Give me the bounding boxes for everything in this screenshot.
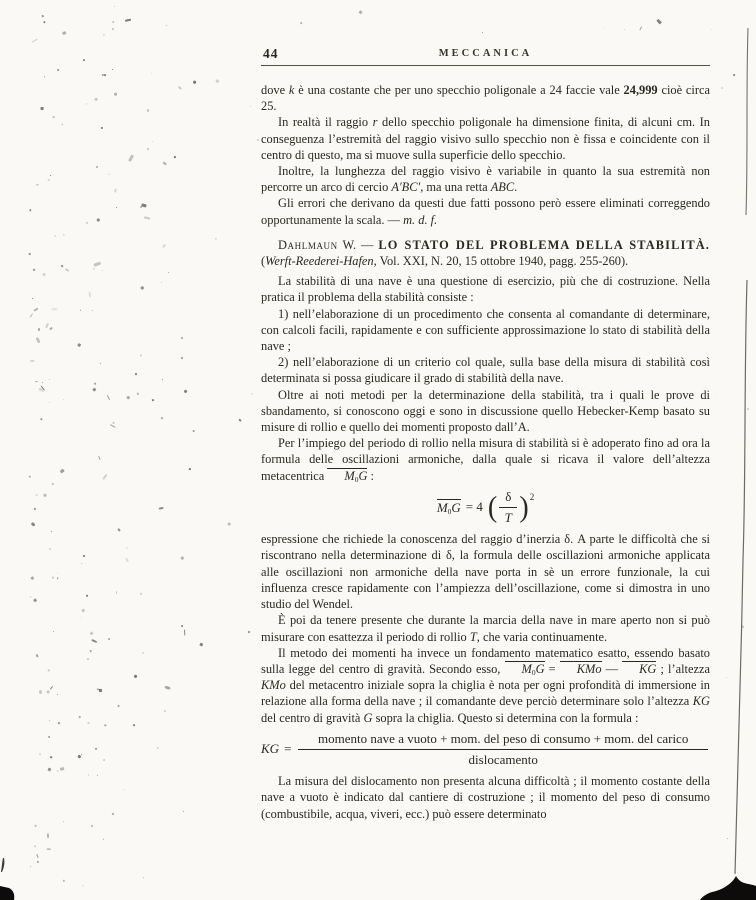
paragraph-stabilita-nave: La stabilità di una nave è una questione…: [261, 273, 710, 305]
scan-speck: [126, 395, 130, 399]
scan-speck: [29, 596, 31, 598]
paragraph-marcia-nave: È poi da tenere presente che durante la …: [261, 612, 710, 644]
scan-speck: [110, 424, 115, 428]
text-segment: del metacentro iniziale sopra la chiglia…: [261, 678, 710, 708]
scan-speck: [358, 11, 362, 15]
scan-speck: [135, 372, 137, 374]
scan-speck: [42, 14, 44, 16]
scan-speck: [61, 123, 64, 126]
formula-metacentric-height: M0G= 4(δT)2: [261, 489, 710, 526]
scan-speck: [34, 508, 36, 510]
paragraph-misura-dislocamento: La misura del dislocamento non presenta …: [261, 773, 710, 822]
scan-blot-bottom-left: [0, 886, 14, 900]
paragraph-raggio-inerzia: espressione che richiede la conoscenza d…: [261, 531, 710, 612]
scan-speck: [90, 650, 92, 652]
scan-speck: [47, 833, 49, 838]
scan-speck: [238, 419, 241, 422]
scan-speck: [40, 385, 44, 390]
scan-speck: [81, 617, 82, 618]
scan-speck: [40, 418, 43, 421]
text-segment: M: [344, 469, 354, 483]
scan-speck: [57, 573, 58, 574]
scan-speck: [151, 73, 153, 75]
scan-speck: [251, 392, 253, 394]
paragraph-specchio-costante: dove k è una costante che per uno specch…: [261, 82, 710, 114]
scan-speck: [35, 654, 38, 658]
scan-speck: [142, 651, 145, 654]
text-segment: momento nave a vuoto + mom. del peso di …: [318, 731, 688, 746]
scan-speck: [33, 599, 37, 603]
text-segment: LO STATO DEL PROBLEMA DELLA STABILITÀ.: [378, 238, 710, 252]
text-segment: espressione che richiede la conoscenza d…: [261, 532, 710, 611]
text-segment: T: [505, 510, 512, 525]
scan-speck: [98, 689, 101, 692]
scan-speck: [35, 494, 37, 496]
scan-speck: [128, 154, 133, 161]
scan-speck: [147, 148, 150, 151]
scan-speck: [137, 393, 140, 396]
scan-speck: [160, 416, 163, 419]
formula-part: = 4: [466, 499, 483, 515]
scan-speck: [108, 638, 110, 640]
scan-speck: [134, 675, 138, 679]
text-segment: M: [522, 662, 532, 676]
scan-speck: [28, 208, 31, 211]
scan-speck: [32, 298, 33, 299]
text-segment: —: [602, 662, 623, 676]
scan-speck: [60, 469, 64, 473]
text-segment: La stabilità di una nave è una questione…: [261, 274, 710, 304]
formula-kg: KG=momento nave a vuoto + mom. del peso …: [261, 731, 710, 768]
scan-speck: [742, 626, 744, 628]
scan-speck: [162, 379, 164, 381]
scan-speck: [30, 359, 34, 361]
scan-speck: [93, 267, 95, 269]
scan-speck: [95, 748, 97, 750]
scan-speck: [58, 722, 61, 725]
scan-speck: [481, 32, 482, 33]
scan-speck: [80, 310, 81, 311]
scan-speck: [44, 76, 46, 78]
scan-speck: [86, 103, 88, 105]
paragraph-raggio-finito: In realtà il raggio r dello specchio pol…: [261, 114, 710, 163]
scan-speck: [215, 80, 219, 84]
scan-speck: [733, 73, 736, 76]
scan-speck: [53, 630, 54, 631]
scan-speck: [50, 531, 51, 532]
text-segment: Werft-Reederei-Hafen: [265, 254, 374, 268]
scan-speck: [88, 722, 90, 724]
article-body: dove k è una costante che per uno specch…: [261, 82, 710, 822]
text-segment: G: [536, 662, 545, 676]
scan-speck: [189, 468, 191, 470]
scan-speck: [139, 206, 142, 209]
scan-speck: [184, 630, 186, 636]
scan-speck: [143, 877, 145, 879]
text-segment: KG: [693, 694, 710, 708]
text-segment: In realtà il raggio: [278, 115, 373, 129]
scan-speck: [49, 327, 53, 331]
text-segment: =: [545, 662, 560, 676]
scan-speck: [42, 20, 45, 23]
scan-speck: [113, 6, 115, 8]
text-segment: T: [470, 630, 477, 644]
binding-crease-line: [735, 280, 747, 874]
scan-speck: [47, 669, 49, 671]
scan-speck: [193, 81, 197, 85]
formula-part: (: [488, 495, 497, 520]
scan-speck: [50, 686, 53, 690]
scan-speck: [112, 813, 115, 816]
scan-speck: [60, 265, 63, 268]
scan-speck: [103, 758, 106, 761]
scan-speck: [200, 643, 203, 646]
scan-speck: [37, 861, 39, 863]
scan-speck: [35, 183, 38, 186]
scan-speck: [49, 756, 52, 759]
scan-speck: [140, 592, 142, 594]
scan-blot-bottom-right: [700, 876, 756, 900]
page-header: 44 MECCANICA: [261, 46, 710, 66]
scan-speck: [168, 271, 170, 273]
text-segment: Gli errori che derivano da questi due fa…: [261, 196, 710, 226]
text-segment: KMo: [261, 678, 286, 692]
scan-speck: [48, 179, 50, 181]
scan-speck: [48, 768, 51, 771]
text-segment: KG: [639, 662, 656, 676]
scan-speck: [92, 387, 96, 391]
scan-speck: [747, 408, 749, 410]
scan-speck: [727, 838, 728, 839]
scan-speck: [102, 270, 103, 271]
scan-speck: [112, 28, 115, 31]
text-segment: , che varia continuamente.: [477, 630, 607, 644]
scan-speck: [96, 218, 100, 222]
text-segment: 2) nell’elaborazione di un criterio col …: [261, 355, 710, 385]
scan-speck: [57, 577, 59, 580]
scan-speck: [38, 689, 41, 693]
paragraph-errori: Gli errori che derivano da questi due fa…: [261, 195, 710, 227]
formula-variable: M0G: [505, 661, 545, 677]
scan-speck: [125, 19, 132, 22]
scan-speck: [37, 184, 38, 185]
scan-speck: [80, 754, 81, 755]
scan-speck: [31, 39, 36, 43]
paragraph-periodo-rollio: Per l’impiego del periodo di rollio nell…: [261, 435, 710, 484]
scan-speck: [142, 203, 147, 207]
scan-speck: [90, 825, 93, 828]
scan-speck: [711, 29, 712, 30]
scan-speck: [45, 323, 49, 329]
text-segment: KG: [261, 741, 279, 757]
formula-part: ): [519, 495, 528, 520]
scan-speck: [41, 382, 42, 383]
formula-variable: M0G: [437, 499, 461, 516]
scan-speck: [49, 547, 51, 549]
scan-speck: [247, 631, 250, 634]
scan-speck: [35, 381, 38, 382]
scan-speck: [94, 383, 96, 385]
scan-speck: [117, 528, 121, 532]
scan-speck: [63, 880, 65, 882]
scan-speck: [164, 686, 170, 690]
paragraph-metodo-momenti: Il metodo dei momenti ha invece un fonda…: [261, 645, 710, 726]
scan-speck: [726, 677, 728, 679]
scan-speck: [126, 547, 128, 549]
scan-speck: [215, 238, 217, 240]
scan-speck: [34, 845, 37, 848]
scan-speck: [656, 19, 661, 24]
scan-speck: [184, 390, 187, 393]
text-segment: Oltre ai noti metodi per la determinazio…: [261, 388, 710, 434]
scan-speck: [49, 402, 50, 403]
text-segment: , Vol. XXI, N. 20, 15 ottobre 1940, pagg…: [374, 254, 629, 268]
scan-speck: [90, 631, 94, 635]
scan-speck: [181, 337, 184, 340]
scan-speck: [104, 724, 107, 727]
scan-speck: [29, 313, 32, 317]
text-segment: W. —: [338, 238, 379, 252]
scan-speck: [29, 476, 31, 478]
scan-speck: [31, 522, 36, 527]
scan-speck: [144, 217, 150, 220]
scan-speck: [181, 357, 184, 360]
scan-speck: [47, 736, 50, 739]
scan-speck: [78, 343, 82, 347]
scan-speck: [152, 140, 153, 141]
formula-variable: KMo: [560, 661, 602, 676]
scan-speck: [639, 26, 642, 30]
scan-speck: [51, 319, 52, 320]
scan-speck: [181, 556, 185, 560]
text-segment: 24,999: [624, 83, 658, 97]
scan-speck: [29, 253, 31, 255]
scan-speck: [33, 268, 35, 270]
scan-speck: [112, 422, 114, 424]
scan-speck: [156, 747, 159, 750]
scan-speck: [86, 595, 88, 597]
scan-speck: [83, 59, 86, 62]
scan-speck: [100, 363, 101, 364]
formula-part: momento nave a vuoto + mom. del peso di …: [298, 731, 708, 768]
scan-speck: [85, 221, 88, 224]
scan-speck: [81, 562, 83, 564]
scan-speck: [54, 235, 56, 237]
scan-speck: [111, 21, 114, 24]
journal-title: MECCANICA: [261, 48, 710, 59]
text-segment: .: [514, 180, 517, 194]
scan-speck: [30, 866, 31, 867]
scan-speck: [35, 825, 37, 827]
scan-speck: [78, 716, 80, 718]
text-segment: è una costante che per uno specchio poli…: [294, 83, 623, 97]
scan-speck: [140, 286, 144, 290]
formula-variable: M0G: [327, 468, 367, 484]
paragraph-punto-2: 2) nell’elaborazione di un criterio col …: [261, 354, 710, 386]
scan-mark-left-edge: [1, 858, 4, 872]
scan-speck: [49, 720, 50, 721]
scan-speck: [161, 282, 162, 283]
scan-speck: [256, 138, 259, 141]
scan-speck: [140, 354, 142, 356]
scan-speck: [103, 839, 104, 840]
scan-speck: [38, 752, 41, 755]
scan-speck: [87, 658, 90, 661]
scan-speck: [193, 430, 195, 432]
formula-part: 2: [530, 489, 535, 505]
scan-speck: [62, 399, 64, 401]
scan-speck: [88, 774, 90, 776]
scan-speck: [162, 161, 166, 165]
paragraph-metodi-noti: Oltre ai noti metodi per la determinazio…: [261, 387, 710, 436]
scan-speck: [133, 724, 135, 726]
scan-speck: [62, 234, 64, 236]
scan-speck: [159, 507, 164, 510]
scan-speck: [125, 558, 129, 562]
scan-speck: [114, 92, 117, 95]
scan-speck: [116, 590, 117, 593]
text-segment: :: [367, 469, 374, 483]
scan-speck: [118, 704, 120, 706]
scan-speck: [112, 68, 113, 69]
scan-speck: [81, 885, 83, 887]
scan-speck: [716, 395, 718, 397]
article-heading: Dahlmaun W. — LO STATO DEL PROBLEMA DELL…: [261, 237, 710, 269]
scan-speck: [57, 694, 58, 695]
text-segment: Dahlmaun: [278, 238, 338, 252]
scan-speck: [94, 262, 101, 267]
scan-speck: [34, 307, 39, 311]
text-segment: G: [451, 500, 460, 515]
scan-speck: [108, 172, 111, 175]
scan-speck: [116, 206, 117, 207]
scan-speck: [603, 28, 605, 30]
scan-speck: [173, 156, 176, 159]
scan-speck: [250, 106, 251, 107]
scan-speck: [624, 28, 626, 30]
scan-speck: [81, 608, 85, 612]
text-segment: dislocamento: [469, 752, 538, 767]
scan-speck: [163, 709, 165, 711]
text-segment: ; l’altezza: [656, 662, 710, 676]
scan-speck: [97, 775, 98, 776]
paragraph-punto-1: 1) nell’elaborazione di un procedimento …: [261, 306, 710, 355]
formula-part: δT: [499, 489, 517, 526]
text-segment: 1) nell’elaborazione di un procedimento …: [261, 307, 710, 353]
scan-speck: [36, 337, 41, 344]
text-segment: sopra la chiglia. Questo si determina co…: [372, 711, 638, 725]
text-segment: del centro di gravità: [261, 711, 364, 725]
scan-speck: [91, 310, 92, 311]
scanned-page: 44 MECCANICA dove k è una costante che p…: [0, 0, 756, 900]
formula-variable: KG: [622, 661, 656, 676]
text-segment: M: [437, 500, 448, 515]
scan-speck: [47, 691, 50, 694]
scan-speck: [115, 188, 117, 192]
scan-speck: [82, 555, 84, 558]
binding-crease-line: [746, 28, 748, 215]
scan-speck: [227, 523, 230, 526]
scan-speck: [147, 109, 149, 111]
paragraph-lunghezza-raggio: Inoltre, la lunghezza del raggio visivo …: [261, 163, 710, 195]
scan-speck: [42, 273, 46, 276]
scan-speck: [62, 821, 63, 822]
scan-speck: [77, 754, 81, 758]
scan-speck: [43, 493, 47, 497]
scan-speck: [52, 308, 58, 311]
scan-speck: [165, 25, 167, 27]
scan-speck: [103, 34, 105, 36]
text-segment: δ: [505, 489, 511, 504]
scan-speck: [178, 86, 182, 90]
scan-speck: [181, 625, 184, 628]
scan-speck: [37, 328, 39, 331]
text-segment: dove: [261, 83, 289, 97]
scan-speck: [151, 398, 154, 401]
text-segment: KMo: [577, 662, 602, 676]
scan-speck: [36, 854, 38, 858]
page-content: 44 MECCANICA dove k è una costante che p…: [261, 46, 710, 822]
scan-speck: [50, 174, 51, 175]
text-segment: , ma una retta: [420, 180, 491, 194]
scan-speck: [62, 31, 66, 35]
scan-speck: [30, 576, 34, 580]
scan-speck: [52, 577, 54, 579]
text-segment: A′BC′: [391, 180, 420, 194]
scan-speck: [100, 126, 103, 129]
scan-speck: [47, 848, 51, 849]
scan-speck: [104, 73, 106, 75]
scan-speck: [94, 98, 98, 102]
scan-speck: [95, 165, 98, 168]
scan-speck: [48, 379, 49, 380]
scan-speck: [162, 244, 166, 249]
scan-speck: [122, 789, 124, 791]
scan-speck: [40, 107, 43, 110]
text-segment: m. d. f.: [403, 213, 437, 227]
scan-speck: [53, 116, 55, 118]
scan-speck: [89, 292, 92, 298]
text-segment: La misura del dislocamento non presenta …: [261, 774, 710, 820]
scan-speck: [300, 21, 303, 24]
scan-speck: [38, 388, 45, 393]
scan-speck: [182, 811, 184, 813]
scan-speck: [98, 456, 100, 460]
scan-speck: [91, 639, 97, 643]
scan-speck: [102, 474, 107, 480]
scan-speck: [51, 483, 54, 486]
scan-speck: [107, 395, 111, 400]
formula-part: =: [284, 741, 291, 757]
scan-speck: [60, 767, 65, 771]
scan-speck: [102, 74, 104, 76]
scan-speck: [720, 86, 723, 89]
scan-speck: [57, 69, 60, 72]
text-segment: ABC: [491, 180, 514, 194]
scan-speck: [97, 688, 100, 690]
scan-speck: [65, 268, 69, 272]
scan-speck: [57, 770, 59, 772]
